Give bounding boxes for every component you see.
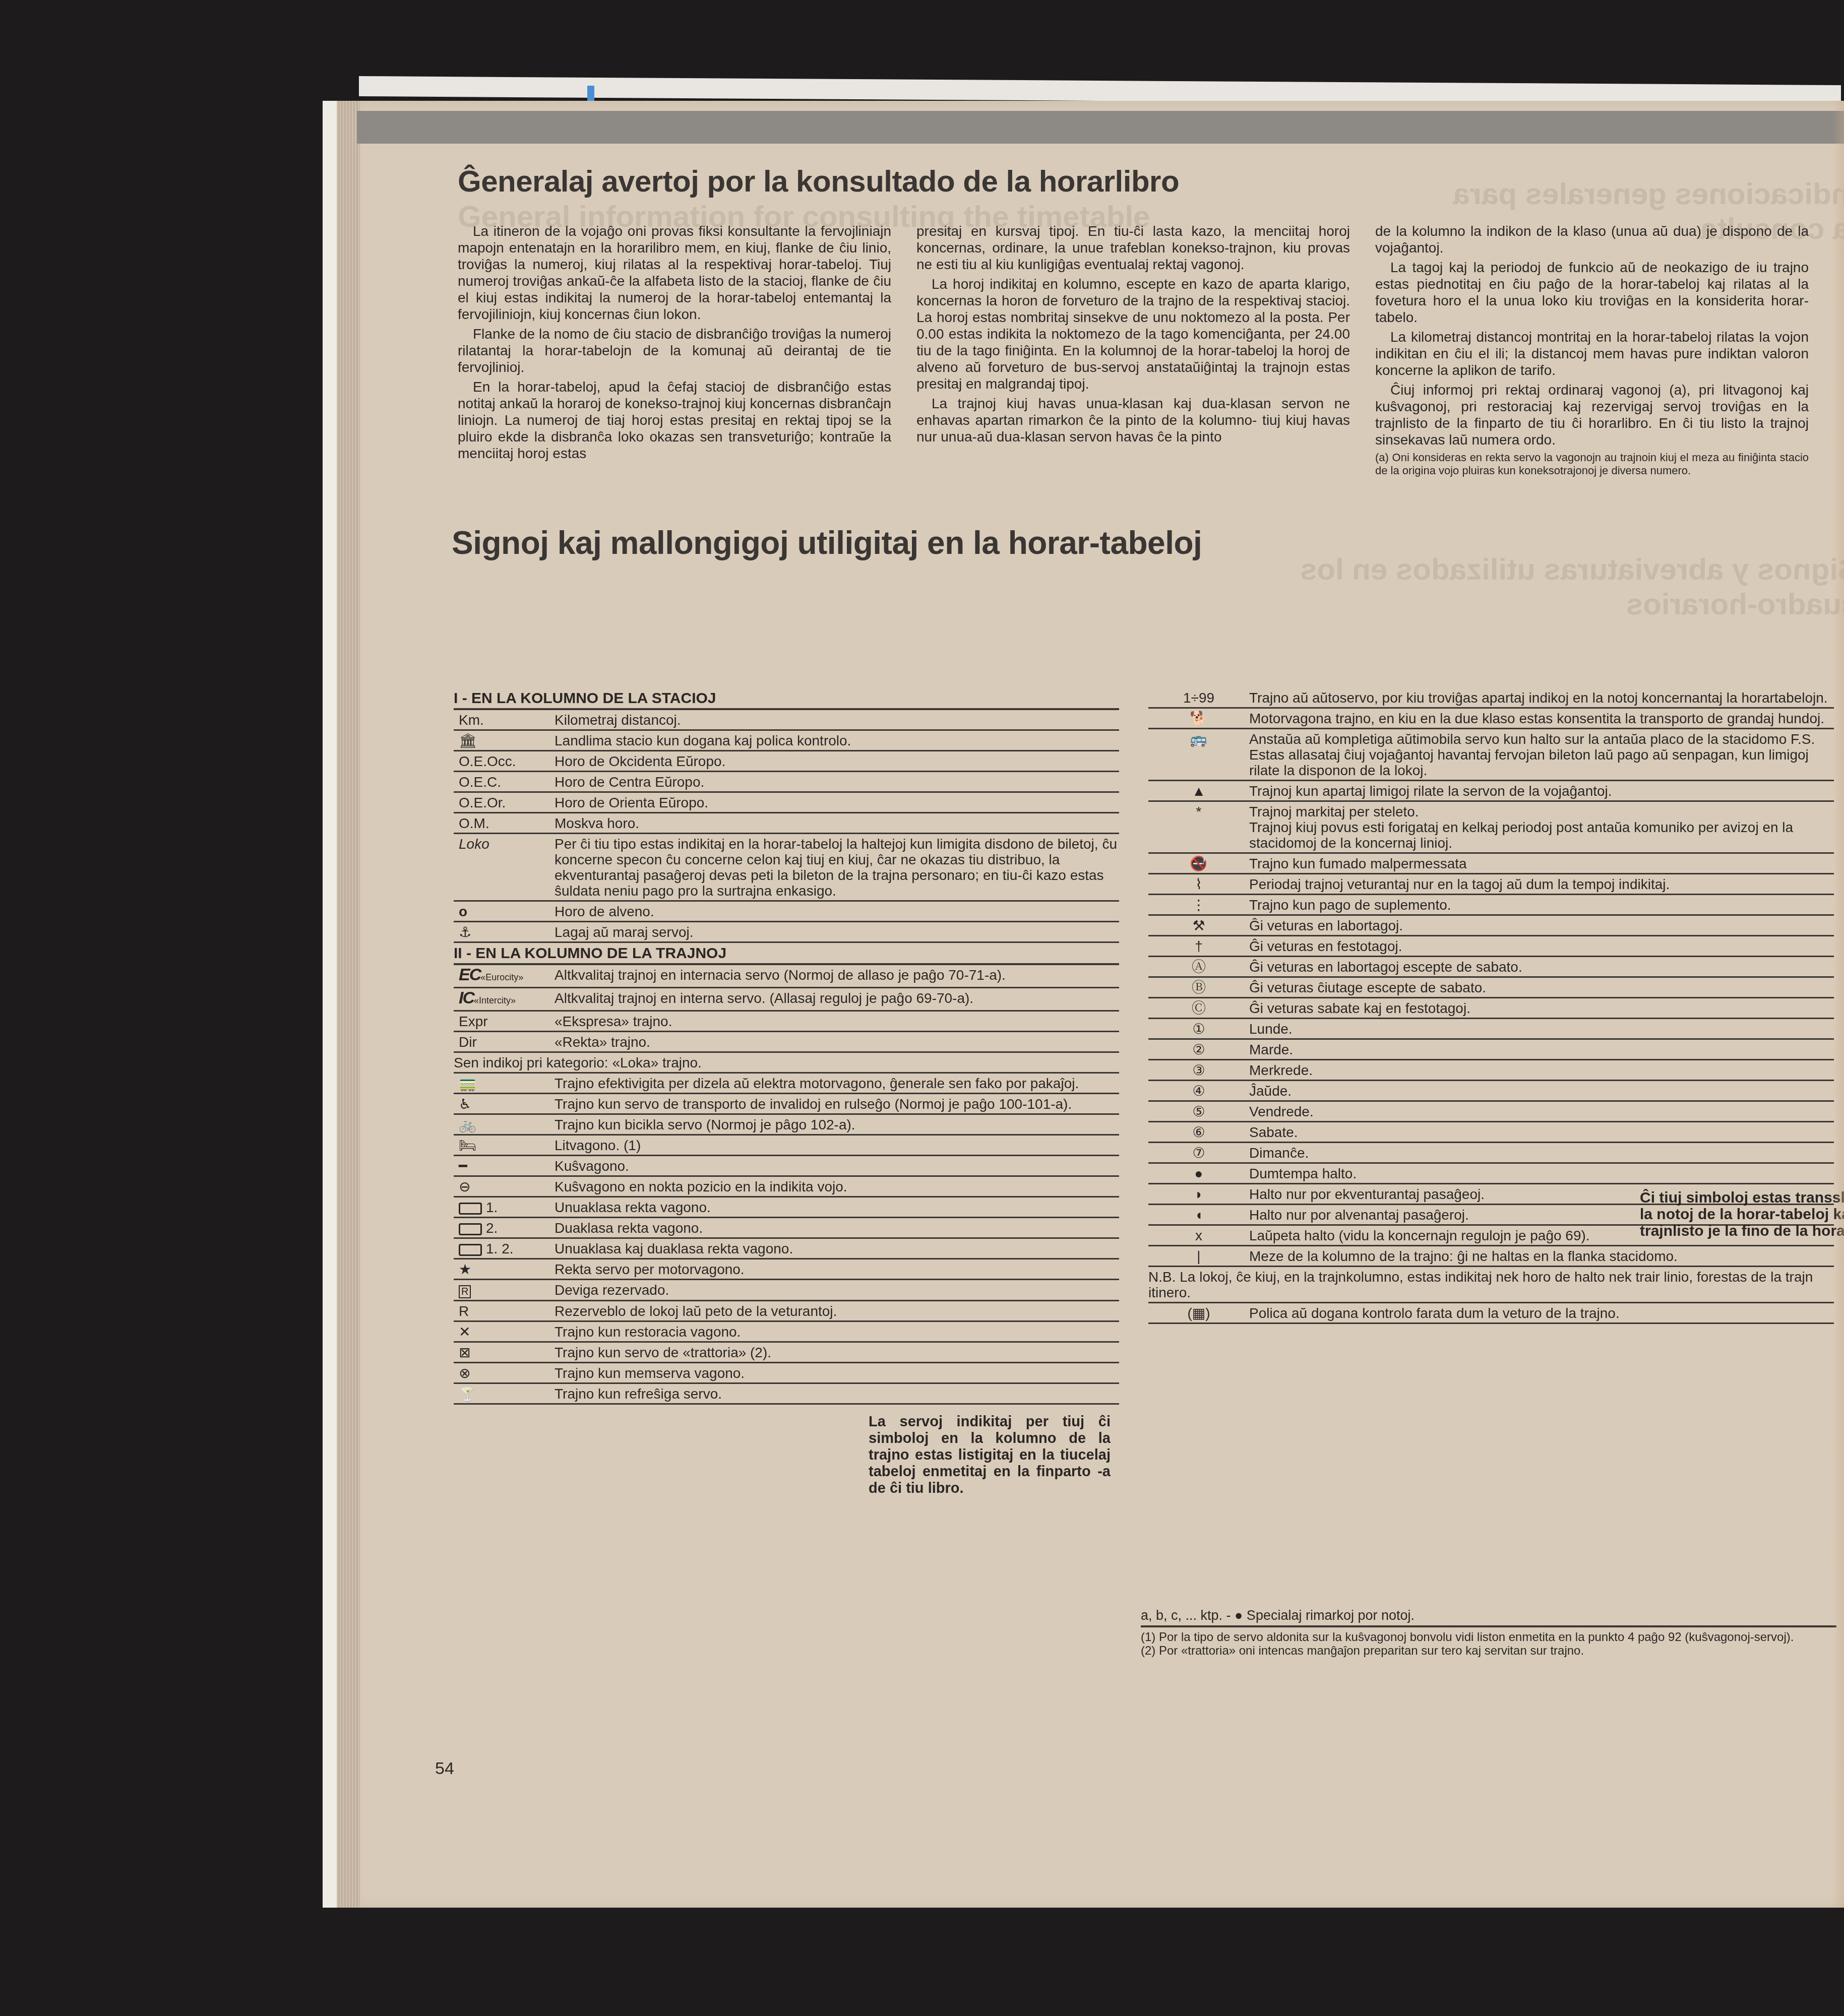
weekday-row: ⑤Vendrede. bbox=[1148, 1102, 1834, 1122]
symbol-description: Litvagono. (1) bbox=[555, 1138, 948, 1153]
train-symbol-row: ✕Trajno kun restoracia vagono. bbox=[454, 1322, 1119, 1343]
station-symbol-row: 🏛Landlima stacio kun dogana kaj polica k… bbox=[454, 731, 1119, 751]
couchette-icon: ━ bbox=[454, 1158, 555, 1174]
symbol-label: Loko bbox=[454, 836, 555, 852]
eurocity-logo-icon: EC«Eurocity» bbox=[454, 967, 555, 985]
train-symbol-row: ★Rekta servo per motorvagono. bbox=[454, 1259, 1119, 1280]
station-symbol-row: O.E.C.Horo de Centra Eŭropo. bbox=[454, 772, 1119, 793]
symbol-label: O.E.C. bbox=[454, 774, 555, 790]
symbol-description: Lunde. bbox=[1249, 1021, 1471, 1037]
ship-icon: ⚓ bbox=[454, 924, 555, 940]
notes-block: a, b, c, ... ktp. - ● Specialaj rimarkoj… bbox=[1141, 1608, 1836, 1658]
intro-column-1: La itineron de la vojaĝo oni provas fiks… bbox=[458, 223, 891, 465]
boxed-r-icon: R bbox=[454, 1282, 555, 1298]
star-icon: ★ bbox=[454, 1262, 555, 1277]
request-stop-icon: x bbox=[1148, 1228, 1249, 1243]
train-symbol-row: ⊖Kuŝvagono en nokta pozicio en la indiki… bbox=[454, 1177, 1119, 1198]
symbol-description: Kuŝvagono. bbox=[555, 1158, 948, 1174]
symbol-description: Marde. bbox=[1249, 1042, 1471, 1057]
train-symbol-row: EC«Eurocity»Altkvalitaj trajnoj en inter… bbox=[454, 965, 1119, 988]
train-note-row: 🚭Trajno kun fumado malpermessata bbox=[1148, 854, 1834, 874]
car-service-icon: 1÷99 bbox=[1148, 690, 1249, 706]
through-coach-icon: 1. 2. bbox=[454, 1241, 555, 1256]
symbol-description: Meze de la kolumno de la trajno: ĝi ne h… bbox=[1249, 1248, 1834, 1264]
train-symbol-row: ♿Trajno kun servo de transporto de inval… bbox=[454, 1094, 1119, 1115]
symbol-description: Trajnoj markitaj per steleto.Trajnoj kiu… bbox=[1249, 804, 1834, 851]
symbol-description: Periodaj trajnoj veturantaj nur en la ta… bbox=[1249, 876, 1834, 892]
intro-paragraph: La itineron de la vojaĝo oni provas fiks… bbox=[458, 223, 891, 323]
symbol-description: Unuaklasa rekta vagono. bbox=[555, 1200, 948, 1215]
train-symbol-row: RRezerveblo de lokoj laŭ peto de la vetu… bbox=[454, 1301, 1119, 1322]
intro-paragraph: presitaj en kursvaj tipoj. En tiu-ĉi las… bbox=[916, 223, 1350, 273]
dashed-line-icon: ⋮ bbox=[1148, 897, 1249, 913]
ghost-subtitle-mirror: Signos y abreviaturas utilizados en los … bbox=[1259, 552, 1844, 621]
intro-paragraph: Ĉiuj informoj pri rektaj ordinaraj vagon… bbox=[1375, 382, 1809, 448]
train-symbol-row: ⊗Trajno kun memserva vagono. bbox=[454, 1363, 1119, 1384]
symbol-label: O.E.Occ. bbox=[454, 753, 555, 769]
vertical-bar-icon: | bbox=[1148, 1248, 1249, 1264]
refreshment-icon: 🍸 bbox=[454, 1386, 555, 1402]
symbol-description: Per ĉi tiu tipo estas indikitaj en la ho… bbox=[555, 836, 1119, 899]
weekday-circle-icon: ① bbox=[1148, 1021, 1249, 1037]
symbol-description: Motorvagona trajno, en kiu en la due kla… bbox=[1249, 711, 1834, 726]
station-symbol-row: O.E.Occ.Horo de Okcidenta Eŭropo. bbox=[454, 751, 1119, 772]
symbol-description: Lagaj aŭ maraj servoj. bbox=[555, 924, 1119, 940]
services-callout: La servoj indikitaj per tiuj ĉi simboloj… bbox=[869, 1414, 1111, 1497]
weekday-circle-icon: ② bbox=[1148, 1042, 1249, 1057]
train-note-row: ⒷĜi veturas ĉiutage escepte de sabato. bbox=[1148, 978, 1834, 998]
symbol-description: Duaklasa rekta vagono. bbox=[555, 1220, 948, 1236]
intro-paragraph: La tagoj kaj la periodoj de funkcio aŭ d… bbox=[1375, 259, 1809, 326]
symbols-title: Signoj kaj mallongigoj utiligitaj en la … bbox=[452, 524, 1202, 561]
train-symbol-row: 1. 2.Unuaklasa kaj duaklasa rekta vagono… bbox=[454, 1239, 1119, 1259]
intercity-logo-icon: IC«Intercity» bbox=[454, 990, 555, 1009]
train-symbol-row: 2.Duaklasa rekta vagono. bbox=[454, 1218, 1119, 1239]
full-stop-icon: ● bbox=[1148, 1166, 1249, 1181]
train-note-row: ⌇Periodaj trajnoj veturantaj nur en la t… bbox=[1148, 874, 1834, 895]
weekday-circle-icon: ⑤ bbox=[1148, 1104, 1249, 1119]
train-symbol-row: 🛏Litvagono. (1) bbox=[454, 1136, 1119, 1156]
hammers-icon: ⚒ bbox=[1148, 918, 1249, 933]
train-note-row: 🐕Motorvagona trajno, en kiu en la due kl… bbox=[1148, 709, 1834, 729]
symbol-label: R bbox=[454, 1303, 555, 1319]
intro-paragraph: de la kolumno la indikon de la klaso (un… bbox=[1375, 223, 1809, 256]
symbol-description: Trajno kun servo de «trattoria» (2). bbox=[555, 1345, 948, 1360]
weekday-row: ④Ĵaŭde. bbox=[1148, 1081, 1834, 1102]
symbol-label: O.M. bbox=[454, 815, 555, 831]
symbol-description: Ĝi veturas sabate kaj en festotagoj. bbox=[1249, 1000, 1834, 1016]
section-heading-trains: II - EN LA KOLUMNO DE LA TRAJNOJ bbox=[454, 943, 1119, 965]
weekday-row: ③Merkrede. bbox=[1148, 1060, 1834, 1081]
general-notes-title: Ĝeneralaj avertoj por la konsultado de l… bbox=[458, 164, 1179, 199]
through-coach-icon: 1. bbox=[454, 1200, 555, 1215]
asterisk-icon: * bbox=[1148, 804, 1249, 820]
symbol-description: Deviga rezervado. bbox=[555, 1282, 948, 1298]
symbol-description: Sabate. bbox=[1249, 1124, 1471, 1140]
symbol-description: Trajno kun pago de suplemento. bbox=[1249, 897, 1834, 913]
symbol-description: Dumtempa halto. bbox=[1249, 1166, 1834, 1181]
intro-paragraph: En la horar-tabeloj, apud la ĉefaj staci… bbox=[458, 379, 891, 462]
train-symbol-row: Sen indikoj pri kategorio: «Loka» trajno… bbox=[454, 1053, 1119, 1074]
weekday-row: ①Lunde. bbox=[1148, 1019, 1834, 1040]
symbol-description: Horo de Centra Eŭropo. bbox=[555, 774, 1119, 790]
intro-paragraph: La horoj indikitaj en kolumno, escepte e… bbox=[916, 276, 1350, 392]
intro-paragraph: La trajnoj kiuj havas unua-klasan kaj du… bbox=[916, 395, 1350, 445]
symbol-description: «Rekta» trajno. bbox=[555, 1034, 1119, 1050]
symbol-description: Trajno aŭ aŭtoservo, por kiu troviĝas ap… bbox=[1249, 690, 1834, 706]
symbol-description: Ĵaŭde. bbox=[1249, 1083, 1471, 1099]
train-note-row: ▲Trajnoj kun apartaj limigoj rilate la s… bbox=[1148, 781, 1834, 802]
departure-stop-icon: ◗ bbox=[1148, 1186, 1249, 1202]
footnote: (1) Por la tipo de servo aldonita sur la… bbox=[1141, 1630, 1836, 1644]
railcar-icon: 🚃 bbox=[454, 1076, 555, 1091]
symbol-description: Ĝi veturas en festotagoj. bbox=[1249, 938, 1834, 954]
intro-paragraph: Flanke de la nomo de ĉiu stacio de disbr… bbox=[458, 326, 891, 375]
bicycle-icon: 🚲 bbox=[454, 1117, 555, 1132]
footnote: (2) Por «trattoria» oni intencas manĝaĵo… bbox=[1141, 1644, 1836, 1658]
restaurant-icon: ✕ bbox=[454, 1324, 555, 1340]
triangle-icon: ▲ bbox=[1148, 783, 1249, 799]
weekday-row: ⑦Dimanĉe. bbox=[1148, 1143, 1834, 1164]
trattoria-icon: ⊠ bbox=[454, 1345, 555, 1360]
symbol-description: Ĝi veturas ĉiutage escepte de sabato. bbox=[1249, 980, 1834, 995]
symbol-description: Kilometraj distancoj. bbox=[555, 712, 1119, 728]
symbol-description: Trajno kun restoracia vagono. bbox=[555, 1324, 948, 1340]
train-symbol-row: 🚃Trajno efektivigita per dizela aŭ elekt… bbox=[454, 1074, 1119, 1094]
weekday-circle-icon: ③ bbox=[1148, 1062, 1249, 1078]
through-coach-icon: 2. bbox=[454, 1220, 555, 1236]
intro-paragraph: La kilometraj distancoj montritaj en la … bbox=[1375, 329, 1809, 379]
onboard-customs-icon: (▦) bbox=[1148, 1305, 1249, 1321]
cross-icon: † bbox=[1148, 938, 1249, 954]
page-number: 54 bbox=[435, 1759, 454, 1779]
train-symbol-row: ⊠Trajno kun servo de «trattoria» (2). bbox=[454, 1343, 1119, 1363]
station-symbol-row: LokoPer ĉi tiu tipo estas indikitaj en l… bbox=[454, 834, 1119, 902]
symbol-description: Altkvalitaj trajnoj en interna servo. (A… bbox=[555, 990, 1119, 1006]
symbol-description: Ĝi veturas en labortagoj escepte de saba… bbox=[1249, 959, 1834, 975]
symbol-description: Trajno kun fumado malpermessata bbox=[1249, 856, 1834, 871]
symbol-description: Trajno kun bicikla servo (Normoj je pâgo… bbox=[555, 1117, 1119, 1132]
symbol-description: Horo de Okcidenta Eŭropo. bbox=[555, 753, 1119, 769]
symbol-description: Vendrede. bbox=[1249, 1104, 1471, 1119]
symbol-label: Dir bbox=[454, 1034, 555, 1050]
train-symbol-row: ━Kuŝvagono. bbox=[454, 1156, 1119, 1177]
symbol-description: Trajno kun memserva vagono. bbox=[555, 1365, 948, 1381]
symbol-description: Trajno kun servo de transporto de invali… bbox=[555, 1096, 1119, 1112]
book-page: General information for consulting the t… bbox=[323, 101, 1844, 1908]
symbol-description: Merkrede. bbox=[1249, 1062, 1471, 1078]
self-service-icon: ⊗ bbox=[454, 1365, 555, 1381]
intro-column-2: presitaj en kursvaj tipoj. En tiu-ĉi las… bbox=[916, 223, 1350, 448]
weekday-circle-icon: ④ bbox=[1148, 1083, 1249, 1099]
symbol-label: Expr bbox=[454, 1014, 555, 1029]
symbol-label: Km. bbox=[454, 712, 555, 728]
weekday-row: ⑥Sabate. bbox=[1148, 1122, 1834, 1143]
train-symbol-row: 1.Unuaklasa rekta vagono. bbox=[454, 1198, 1119, 1218]
train-note-row: 🚌Anstaŭa aŭ kompletiga aŭtimobila servo … bbox=[1148, 729, 1834, 781]
symbol-description: Rezerveblo de lokoj laŭ peto de la vetur… bbox=[555, 1303, 948, 1319]
intro-column-3: de la kolumno la indikon de la klaso (un… bbox=[1375, 223, 1809, 480]
train-symbol-row: RDeviga rezervado. bbox=[454, 1280, 1119, 1301]
train-note-row: ⒶĜi veturas en labortagoj escepte de sab… bbox=[1148, 957, 1834, 978]
train-symbol-row: IC«Intercity»Altkvalitaj trajnoj en inte… bbox=[454, 988, 1119, 1012]
symbol-description: Trajno kun refreŝiga servo. bbox=[555, 1386, 948, 1402]
symbol-description: Anstaŭa aŭ kompletiga aŭtimobila servo k… bbox=[1249, 731, 1834, 778]
train-note-row: 1÷99Trajno aŭ aŭtoservo, por kiu troviĝa… bbox=[1148, 688, 1834, 709]
symbol-description: Rekta servo per motorvagono. bbox=[555, 1262, 948, 1277]
train-note-row: ⚒Ĝi veturas en labortagoj. bbox=[1148, 916, 1834, 936]
symbols-table-left: I - EN LA KOLUMNO DE LA STACIOJ Km.Kilom… bbox=[454, 688, 1119, 1405]
train-symbol-row: Dir«Rekta» trajno. bbox=[454, 1032, 1119, 1053]
symbol-description: N.B. La lokoj, ĉe kiuj, en la trajnkolum… bbox=[1148, 1269, 1834, 1300]
arrival-stop-icon: ◖ bbox=[1148, 1207, 1249, 1223]
intro-footnote: (a) Oni konsideras en rekta servo la vag… bbox=[1375, 451, 1809, 477]
symbol-description: Polica aŭ dogana kontrolo farata dum la … bbox=[1249, 1305, 1834, 1321]
symbol-description: Trajnoj kun apartaj limigoj rilate la se… bbox=[1249, 783, 1834, 799]
arrival-icon: o bbox=[454, 904, 555, 919]
symbol-description: Unuaklasa kaj duaklasa rekta vagono. bbox=[555, 1241, 948, 1256]
train-note-row: †Ĝi veturas en festotagoj. bbox=[1148, 936, 1834, 957]
stop-symbol-row: |Meze de la kolumno de la trajno: ĝi ne … bbox=[1148, 1246, 1834, 1267]
station-symbol-row: oHoro de alveno. bbox=[454, 902, 1119, 922]
symbol-description: Sen indikoj pri kategorio: «Loka» trajno… bbox=[454, 1055, 1119, 1070]
station-symbol-row: Km.Kilometraj distancoj. bbox=[454, 710, 1119, 731]
wavy-line-icon: ⌇ bbox=[1148, 876, 1249, 892]
couchette-night-icon: ⊖ bbox=[454, 1179, 555, 1194]
section-heading-stations: I - EN LA KOLUMNO DE LA STACIOJ bbox=[454, 688, 1119, 710]
train-note-row: ⒸĜi veturas sabate kaj en festotagoj. bbox=[1148, 998, 1834, 1019]
symbol-description: «Ekspresa» trajno. bbox=[555, 1014, 1119, 1029]
stop-symbol-row: (▦)Polica aŭ dogana kontrolo farata dum … bbox=[1148, 1303, 1834, 1324]
no-smoking-icon: 🚭 bbox=[1148, 856, 1249, 871]
symbol-description: Landlima stacio kun dogana kaj polica ko… bbox=[555, 733, 1119, 748]
symbol-label: O.E.Or. bbox=[454, 795, 555, 810]
symbol-description: Ĝi veturas en labortagoj. bbox=[1249, 918, 1834, 933]
weekday-circle-icon: ⑦ bbox=[1148, 1145, 1249, 1161]
weekday-circle-icon: ⑥ bbox=[1148, 1124, 1249, 1140]
symbol-description: Moskva horo. bbox=[555, 815, 1119, 831]
station-symbol-row: O.M.Moskva horo. bbox=[454, 813, 1119, 834]
transcription-callout: Ĉi tiuj simboloj estas transskribitaj en… bbox=[1640, 1189, 1844, 1239]
train-symbol-row: 🚲Trajno kun bicikla servo (Normoj je pâg… bbox=[454, 1115, 1119, 1136]
symbol-description: Horo de alveno. bbox=[555, 904, 1119, 919]
station-symbol-row: ⚓Lagaj aŭ maraj servoj. bbox=[454, 922, 1119, 943]
weekday-row: ②Marde. bbox=[1148, 1040, 1834, 1060]
train-symbol-row: Expr«Ekspresa» trajno. bbox=[454, 1012, 1119, 1032]
stop-symbol-row: ●Dumtempa halto. bbox=[1148, 1164, 1834, 1184]
symbol-description: Trajno efektivigita per dizela aŭ elektr… bbox=[555, 1076, 1119, 1091]
stop-symbol-row: N.B. La lokoj, ĉe kiuj, en la trajnkolum… bbox=[1148, 1267, 1834, 1303]
train-note-row: *Trajnoj markitaj per steleto.Trajnoj ki… bbox=[1148, 802, 1834, 854]
bus-icon: 🚌 bbox=[1148, 731, 1249, 747]
symbol-description: Dimanĉe. bbox=[1249, 1145, 1471, 1161]
train-symbol-row: 🍸Trajno kun refreŝiga servo. bbox=[454, 1384, 1119, 1405]
symbol-description: Altkvalitaj trajnoj en internacia servo … bbox=[555, 967, 1119, 983]
wheelchair-icon: ♿ bbox=[454, 1096, 555, 1112]
circled-b-icon: Ⓑ bbox=[1148, 980, 1249, 995]
symbol-description: Horo de Orienta Eŭropo. bbox=[555, 795, 1119, 810]
symbol-description: Kuŝvagono en nokta pozicio en la indikit… bbox=[555, 1179, 948, 1194]
circled-a-icon: Ⓐ bbox=[1148, 959, 1249, 975]
train-note-row: ⋮Trajno kun pago de suplemento. bbox=[1148, 895, 1834, 916]
station-symbol-row: O.E.Or.Horo de Orienta Eŭropo. bbox=[454, 793, 1119, 813]
sleeper-car-icon: 🛏 bbox=[454, 1138, 555, 1153]
special-notes-line: a, b, c, ... ktp. - ● Specialaj rimarkoj… bbox=[1141, 1608, 1836, 1627]
customs-building-icon: 🏛 bbox=[454, 733, 555, 748]
dog-icon: 🐕 bbox=[1148, 711, 1249, 726]
circled-c-icon: Ⓒ bbox=[1148, 1000, 1249, 1016]
